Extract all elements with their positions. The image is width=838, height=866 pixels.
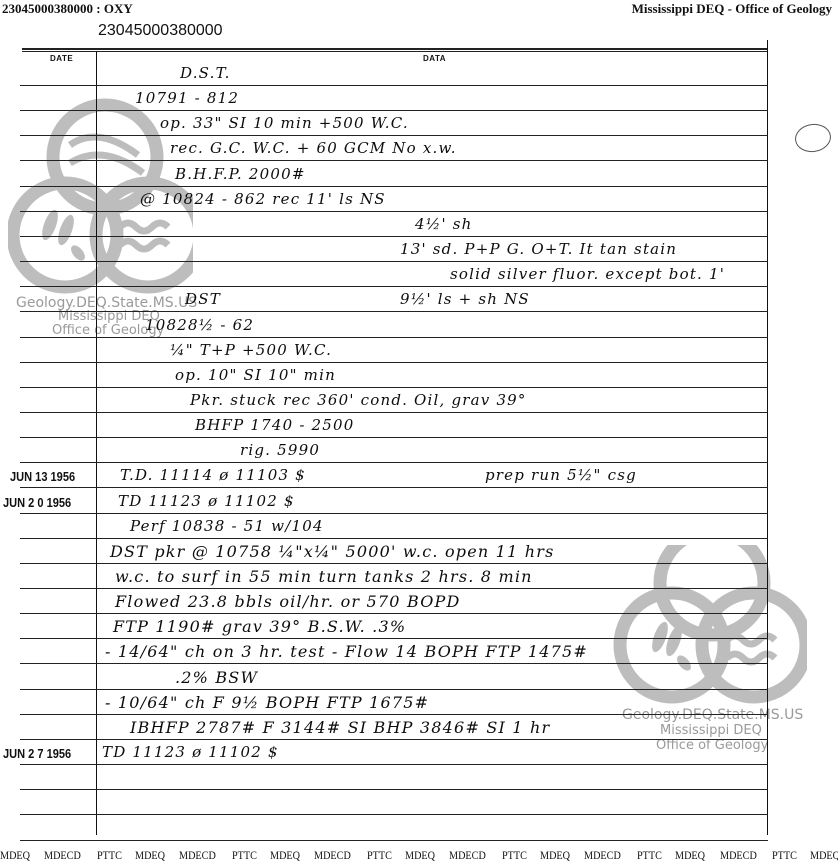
header-rule-top xyxy=(22,48,768,50)
ruled-line xyxy=(20,286,768,287)
ruled-line xyxy=(20,840,768,841)
entry-text: FTP 1190# grav 39° B.S.W. .3% xyxy=(113,617,406,636)
footer-token: PTTC xyxy=(97,848,130,866)
entry-side-note: 9½' ls + sh NS xyxy=(400,290,530,308)
entry-text: TD 11123 ø 11102 $ xyxy=(118,492,295,510)
ruled-line xyxy=(20,764,768,765)
watermark-line2-right: Office of Geology xyxy=(656,739,768,752)
ruled-line xyxy=(20,487,768,488)
date-stamp: JUN 2 7 1956 xyxy=(3,746,71,761)
entry-text: 4½' sh xyxy=(415,215,473,233)
ruled-line xyxy=(20,387,768,388)
ruled-line xyxy=(20,613,768,614)
ruled-line xyxy=(20,160,768,161)
footer-token: MDECD xyxy=(584,848,628,866)
footer-token: MDEQ xyxy=(0,848,38,866)
ruled-line xyxy=(20,739,768,740)
entry-text: .2% BSW xyxy=(175,668,258,687)
entry-text: DST pkr @ 10758 ¼"x¼" 5000' w.c. open 11… xyxy=(110,542,555,561)
footer-token: PTTC xyxy=(637,848,670,866)
entry-text: T.D. 11114 ø 11103 $ xyxy=(120,466,306,484)
entry-text: - 10/64" ch F 9½ BOPH FTP 1675# xyxy=(105,693,429,712)
entry-text: 10791 - 812 xyxy=(135,89,239,107)
footer-token: MDEQ xyxy=(675,848,713,866)
entry-text: solid silver fluor. except bot. 1' xyxy=(450,265,725,283)
footer-token: MDECD xyxy=(44,848,88,866)
ruled-line xyxy=(20,362,768,363)
entry-text: DST xyxy=(185,290,221,308)
watermark-line1-right: Mississippi DEQ xyxy=(660,724,762,737)
entry-text: - 14/64" ch on 3 hr. test - Flow 14 BOPH… xyxy=(105,642,588,661)
ruled-line xyxy=(20,135,768,136)
entry-text: 13' sd. P+P G. O+T. It tan stain xyxy=(400,240,677,258)
ruled-line xyxy=(20,563,768,564)
footer-token: MDECD xyxy=(720,848,764,866)
ruled-line xyxy=(20,186,768,187)
entry-text: op. 10" SI 10" min xyxy=(175,366,336,384)
ruled-line xyxy=(20,85,768,86)
entry-text: Flowed 23.8 bbls oil/hr. or 570 BOPD xyxy=(115,592,461,611)
watermark-site-left: Geology.DEQ.State.MS.US xyxy=(16,296,197,310)
agency-label: Mississippi DEQ - Office of Geology xyxy=(632,1,832,17)
ruled-line xyxy=(20,337,768,338)
ruled-line xyxy=(20,663,768,664)
date-column-divider xyxy=(96,51,97,835)
data-column-header: DATA xyxy=(423,54,446,63)
record-label: 23045000380000 : OXY xyxy=(2,1,133,17)
ruled-line xyxy=(20,236,768,237)
entry-text: w.c. to surf in 55 min turn tanks 2 hrs.… xyxy=(115,567,533,586)
footer-token: PTTC xyxy=(367,848,400,866)
ruled-line xyxy=(20,689,768,690)
ruled-line xyxy=(20,538,768,539)
footer-token: MDECD xyxy=(449,848,493,866)
header-rule-bottom xyxy=(22,51,768,52)
ruled-line xyxy=(20,462,768,463)
footer-token: MDEQ xyxy=(540,848,578,866)
footer-strip: MDEQMDECDPTTCMDEQMDECDPTTCMDEQMDECDPTTCM… xyxy=(0,848,838,866)
ruled-line xyxy=(20,588,768,589)
date-stamp: JUN 2 0 1956 xyxy=(3,495,71,510)
footer-token: PTTC xyxy=(772,848,805,866)
date-stamp: JUN 13 1956 xyxy=(10,469,75,484)
api-number: 23045000380000 xyxy=(98,22,223,40)
ruled-line xyxy=(20,714,768,715)
entry-text: BHFP 1740 - 2500 xyxy=(195,416,355,434)
footer-token: MDECD xyxy=(314,848,358,866)
entry-text: ¼" T+P +500 W.C. xyxy=(170,341,332,359)
ruled-line xyxy=(20,638,768,639)
footer-token: MDEQ xyxy=(405,848,443,866)
footer-token: MDEQ xyxy=(135,848,173,866)
entry-text: IBHFP 2787# F 3144# SI BHP 3846# SI 1 hr xyxy=(130,718,550,737)
ruled-line xyxy=(20,110,768,111)
entry-text: @ 10824 - 862 rec 11' ls NS xyxy=(140,190,386,208)
watermark-site-right: Geology.DEQ.State.MS.US xyxy=(622,708,803,722)
footer-token: PTTC xyxy=(232,848,265,866)
punch-hole-mark xyxy=(793,122,833,155)
ruled-line xyxy=(20,789,768,790)
ruled-line xyxy=(20,437,768,438)
entry-text: TD 11123 ø 11102 $ xyxy=(102,743,279,761)
entry-text: Pkr. stuck rec 360' cond. Oil, grav 39° xyxy=(190,391,527,409)
ruled-line xyxy=(20,311,768,312)
entry-text: D.S.T. xyxy=(180,64,231,82)
entry-text: rec. G.C. W.C. + 60 GCM No x.w. xyxy=(170,139,457,157)
ruled-line xyxy=(20,211,768,212)
footer-token: MDEQ xyxy=(270,848,308,866)
date-column-header: DATE xyxy=(50,54,73,63)
ruled-line xyxy=(20,412,768,413)
ruled-line xyxy=(20,814,768,815)
entry-text: Perf 10838 - 51 w/104 xyxy=(130,517,324,535)
entry-text: rig. 5990 xyxy=(240,441,320,459)
entry-text: op. 33" SI 10 min +500 W.C. xyxy=(160,114,409,132)
footer-token: PTTC xyxy=(502,848,535,866)
entry-side-note: prep run 5½" csg xyxy=(485,466,637,484)
footer-token: MDEQ xyxy=(810,848,838,866)
ruled-line xyxy=(20,261,768,262)
ruled-line xyxy=(20,513,768,514)
entry-text: 10828½ - 62 xyxy=(145,316,254,334)
entry-text: B.H.F.P. 2000# xyxy=(175,165,306,183)
footer-token: MDECD xyxy=(179,848,223,866)
